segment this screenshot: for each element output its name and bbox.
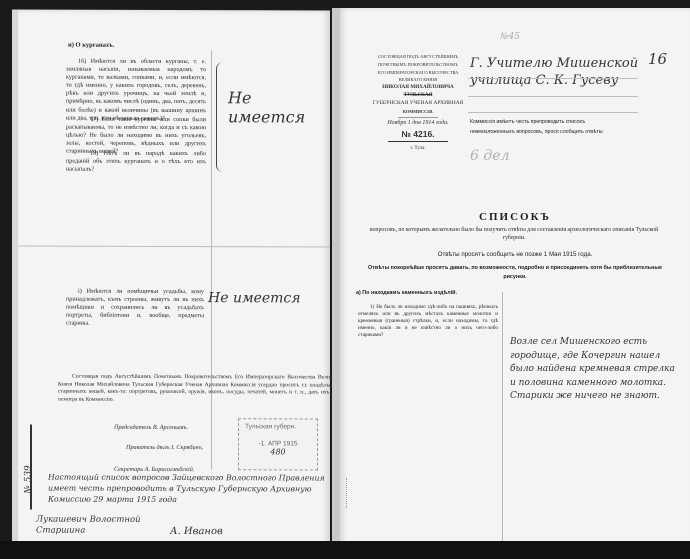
addressee-underline-2 [468, 96, 638, 97]
header-line: КОММИССІЯ. [362, 108, 474, 116]
archive-stamp: Тульская губерн. -1. АПР 1915 480 [238, 418, 318, 470]
section-divider [18, 245, 330, 247]
instruction: Отвѣты покорнѣйше просятъ давать, по воз… [360, 264, 670, 282]
header-line: ПОЧЕТНЫМЪ ПОКРОВИТЕЛЬСТВОМЪ [362, 61, 474, 69]
section-a-title: а) По находкамъ каменныхъ издѣлій. [356, 290, 457, 296]
question-16: 16) Имѣются ли въ области курганы, т. е.… [66, 58, 206, 123]
pencil-note: 6 дел [470, 148, 509, 164]
margin-line [30, 425, 32, 510]
margin-note: № 539 [23, 465, 33, 494]
left-page: и) О курганахъ. 16) Имѣются ли въ област… [12, 9, 330, 550]
column-divider [211, 50, 212, 470]
stamp-number: 480 [239, 447, 317, 456]
header-line: НИКОЛАЯ МИХАЙЛОВИЧА [362, 84, 474, 92]
header-line: СОСТОЯЩАЯ ПОДЪ АВГУСТѢЙШИМЪ [362, 53, 474, 61]
handwritten-answer-2: Не имеется [208, 290, 301, 306]
addressee-underline-3 [468, 112, 638, 113]
question-i: і) Имѣются ли помѣщичьи усадьбы, кому пр… [66, 288, 204, 329]
document-number: № 4216. [388, 128, 448, 142]
question-1: 1) Не было ли находимо гдѣ-либо на пашня… [358, 304, 498, 339]
addressee-underline-1 [468, 78, 638, 79]
secretary-affairs-line: Правитель дѣлъ І. Скрябинъ. [126, 444, 203, 452]
footer-note: Состоящая подъ Августѣйшимъ Почетнымъ По… [58, 374, 340, 405]
file-number-note: №45 [500, 32, 520, 42]
commission-header: СОСТОЯЩАЯ ПОДЪ АВГУСТѢЙШИМЪ ПОЧЕТНЫМЪ ПО… [362, 53, 474, 153]
question-18: 18) Нѣтъ ли въ народѣ какихъ либо предан… [66, 150, 206, 175]
section-title-kurgans: и) О курганахъ. [68, 42, 114, 49]
right-page: СОСТОЯЩАЯ ПОДЪ АВГУСТѢЙШИМЪ ПОЧЕТНЫМЪ ПО… [332, 8, 690, 548]
city: г. Тула. [362, 145, 474, 153]
header-line: ЕГО ИМПЕРАТОРСКАГО ВЫСОЧЕСТВА [362, 69, 474, 77]
header-line: ТУЛЬСКАЯ [362, 92, 474, 100]
date-line: Ноября 1 дня 1914 года. [362, 120, 474, 128]
answer-brace [216, 62, 223, 172]
scan-shadow-bottom [0, 541, 690, 559]
header-line: ГУБЕРНСКАЯ УЧЕНАЯ АРХИВНАЯ [362, 100, 474, 108]
column-divider-right [502, 292, 503, 542]
chairman-line: Председатель В. Арсеньевъ. [114, 424, 188, 432]
deadline: Отвѣты просятъ сообщить не позже 1 Мая 1… [340, 251, 690, 258]
cover-note: Коммиссія имѣетъ честь препроводить спис… [470, 117, 630, 137]
handwritten-answer-1: Не имеется [228, 88, 330, 126]
stamp-line-1: Тульская губерн. [245, 423, 317, 430]
printer-imprint [346, 478, 349, 508]
handwritten-answer-stone: Возле сел Мишенского есть городище, где … [510, 336, 675, 404]
addressee: Г. Учителю Мишенской училища С. К. Гусев… [470, 55, 655, 89]
document-title: СПИСОКЪ [340, 211, 690, 223]
ornament-divider [398, 117, 438, 118]
signature-name: А. Иванов [170, 526, 223, 537]
document-subtitle: вопросовъ, по которымъ желательно было б… [364, 226, 664, 242]
signature-role: Лукашевич Волостной Старшина [36, 515, 156, 537]
handwritten-forwarding-note: Настоящий список вопросов Зайцевского Во… [48, 472, 338, 506]
